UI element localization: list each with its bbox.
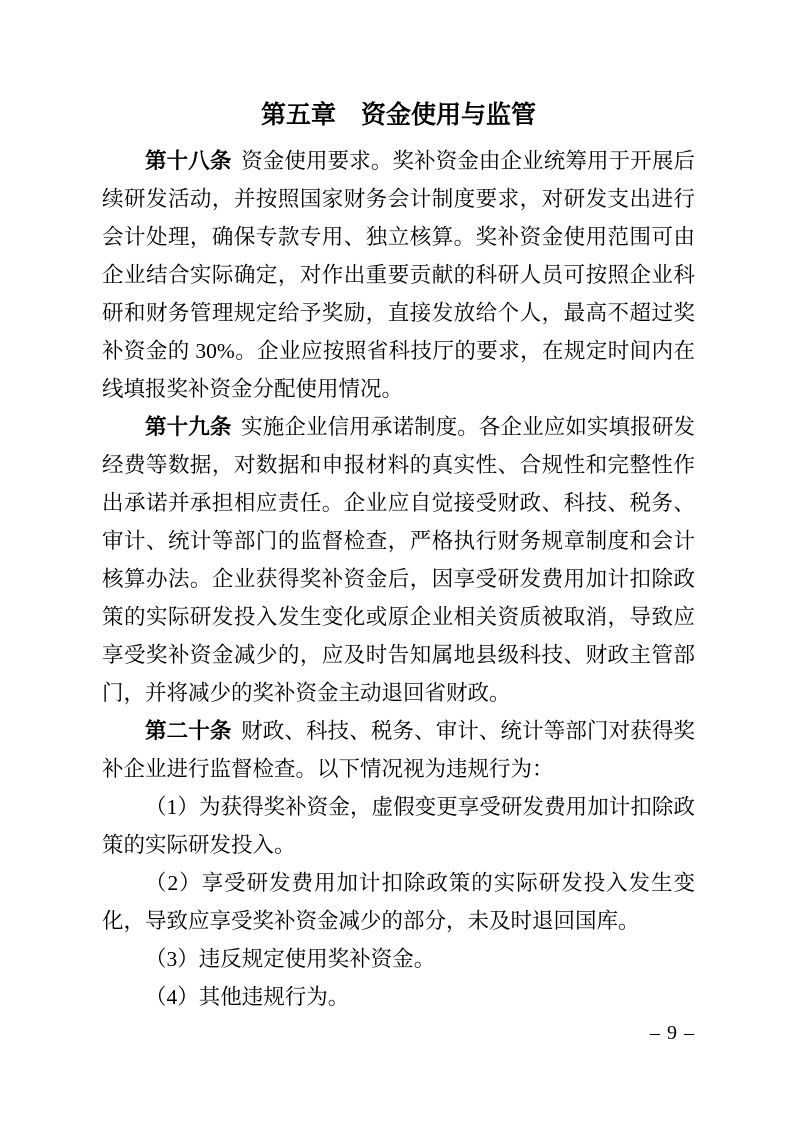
clause-text-2: （2）享受研发费用加计扣除政策的实际研发投入发生变化，导致应享受奖补资金减少的部… [102,871,695,933]
clause-paragraph-3: （3）违反规定使用奖补资金。 [102,940,695,978]
clause-paragraph-4: （4）其他违规行为。 [102,978,695,1016]
document-page: 第五章 资金使用与监管 第十八条资金使用要求。奖补资金由企业统筹用于开展后续研发… [0,0,793,1122]
page-number: – 9 – [650,1022,695,1044]
clause-text-3: （3）违反规定使用奖补资金。 [145,947,435,971]
article-heading-18: 第十八条 [145,149,231,173]
document-body: 第五章 资金使用与监管 第十八条资金使用要求。奖补资金由企业统筹用于开展后续研发… [102,96,695,1016]
clause-paragraph-1: （1）为获得奖补资金，虚假变更享受研发费用加计扣除政策的实际研发投入。 [102,788,695,864]
article-text-19: 实施企业信用承诺制度。各企业应如实填报研发经费等数据，对数据和申报材料的真实性、… [102,415,695,705]
article-paragraph-19: 第十九条实施企业信用承诺制度。各企业应如实填报研发经费等数据，对数据和申报材料的… [102,408,695,712]
article-heading-20: 第二十条 [145,719,231,743]
clause-text-1: （1）为获得奖补资金，虚假变更享受研发费用加计扣除政策的实际研发投入。 [102,795,695,857]
clause-text-4: （4）其他违规行为。 [145,985,349,1009]
article-heading-19: 第十九条 [145,415,231,439]
chapter-title: 第五章 资金使用与监管 [102,96,695,134]
clause-paragraph-2: （2）享受研发费用加计扣除政策的实际研发投入发生变化，导致应享受奖补资金减少的部… [102,864,695,940]
article-paragraph-20: 第二十条财政、科技、税务、审计、统计等部门对获得奖补企业进行监督检查。以下情况视… [102,712,695,788]
article-text-18: 资金使用要求。奖补资金由企业统筹用于开展后续研发活动，并按照国家财务会计制度要求… [102,149,695,401]
article-paragraph-18: 第十八条资金使用要求。奖补资金由企业统筹用于开展后续研发活动，并按照国家财务会计… [102,142,695,408]
